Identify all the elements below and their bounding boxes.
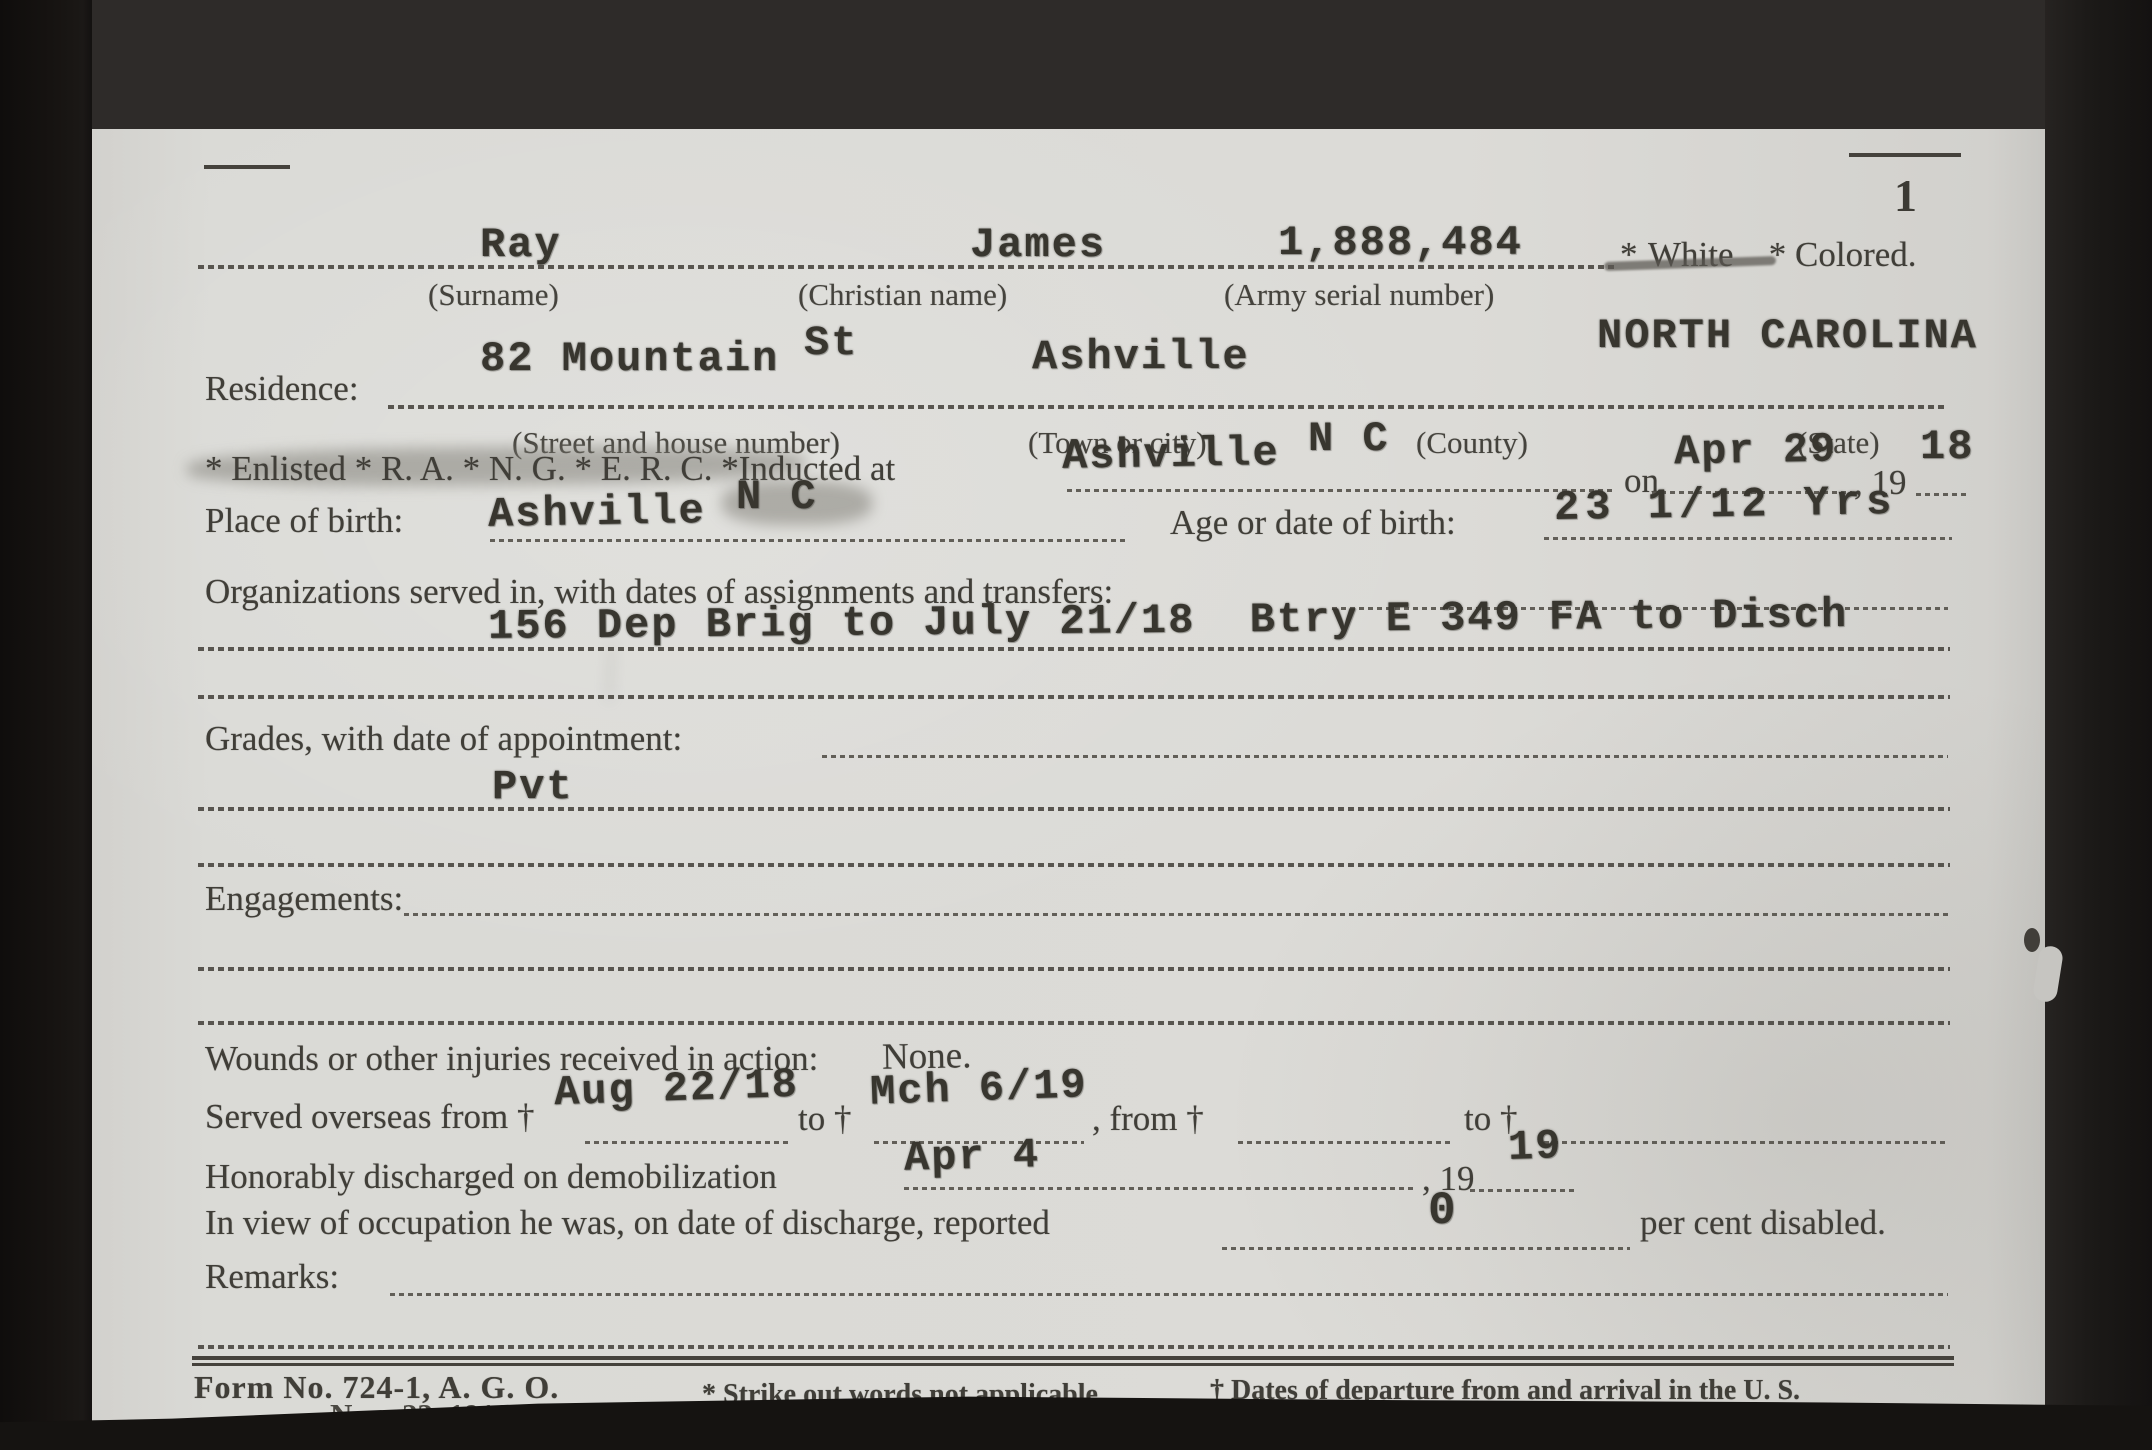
- engagements-label: Engagements:: [205, 879, 403, 919]
- overseas-label: Served overseas from †: [205, 1097, 534, 1137]
- field-birth-place-value: Ashville: [488, 487, 706, 539]
- field-discharge-year-value: 19: [1507, 1122, 1563, 1172]
- organizations-rule-3: [198, 695, 1950, 699]
- footer-double-rule-top: [192, 1356, 1954, 1360]
- disability-rule: [1222, 1247, 1630, 1250]
- remarks-rule-1: [390, 1293, 1948, 1296]
- overseas-to1-label: to †: [798, 1099, 851, 1139]
- remarks-rule-2: [198, 1345, 1950, 1349]
- engagements-rule-2: [198, 967, 1950, 971]
- overseas-rule-4: [1544, 1141, 1948, 1144]
- top-left-tick: [204, 165, 290, 169]
- engagements-rule-1: [404, 913, 1948, 916]
- field-state-value: NORTH CAROLINA: [1597, 312, 1978, 360]
- film-right-border: [2045, 0, 2152, 1450]
- field-birth-place2-value: N C: [736, 473, 818, 521]
- field-town-value: Ashville: [1032, 333, 1250, 381]
- field-street-suffix-value: St: [804, 319, 858, 367]
- serial-number-label: (Army serial number): [1224, 277, 1494, 313]
- field-overseas-from1-value: Aug 22/18: [553, 1061, 799, 1118]
- name-row-rule: [198, 265, 1618, 269]
- field-discharge-date-value: Apr 4: [903, 1131, 1040, 1183]
- age-label: Age or date of birth:: [1170, 503, 1456, 543]
- field-inducted-place-value: Ashville: [1062, 429, 1280, 481]
- disability-label: In view of occupation he was, on date of…: [205, 1203, 1050, 1243]
- overseas-rule-1: [585, 1141, 790, 1144]
- grades-rule-2: [198, 807, 1950, 811]
- county-label: (County): [1416, 425, 1528, 461]
- field-grade-value: Pvt: [492, 763, 574, 811]
- paper-edge-dark-speck: [2024, 928, 2040, 952]
- field-christian-name-value: James: [970, 221, 1106, 269]
- overseas-rule-3: [1238, 1141, 1453, 1144]
- overseas-from2-label: , from †: [1092, 1099, 1204, 1139]
- field-overseas-to1-value: Mch 6/19: [869, 1061, 1088, 1117]
- grades-label: Grades, with date of appointment:: [205, 719, 682, 759]
- service-record-card: 1 Ray James 1,888,484 * White * Colored.…: [92, 129, 2045, 1450]
- footer-double-rule-bottom: [192, 1363, 1954, 1366]
- field-surname-value: Ray: [480, 221, 562, 269]
- field-street-value: 82 Mountain: [480, 335, 779, 383]
- field-age-value: 23 1/12 Yrs: [1554, 478, 1898, 532]
- field-serial-number-value: 1,888,484: [1278, 219, 1523, 267]
- remarks-label: Remarks:: [205, 1257, 339, 1297]
- field-induction-date-value: Apr 29: [1674, 426, 1838, 477]
- field-disability-percent-value: 0: [1428, 1185, 1458, 1237]
- field-inducted-place2-value: N C: [1308, 415, 1390, 463]
- page-number-rule: [1849, 153, 1961, 157]
- birth-place-label: Place of birth:: [205, 501, 403, 541]
- engagements-rule-3: [198, 1021, 1950, 1025]
- discharge-rule-2: [1470, 1189, 1574, 1192]
- induction-year-rule: [1916, 493, 1970, 496]
- age-rule: [1544, 537, 1952, 540]
- page-number: 1: [1894, 169, 1917, 222]
- film-left-border: [0, 0, 92, 1450]
- discharge-label: Honorably discharged on demobilization: [205, 1157, 777, 1197]
- film-top-border: [92, 0, 2045, 129]
- organizations-rule-2: [198, 647, 1950, 651]
- residence-rule: [388, 405, 1948, 409]
- disability-suffix-label: per cent disabled.: [1640, 1203, 1886, 1243]
- surname-label: (Surname): [428, 277, 559, 313]
- residence-label: Residence:: [205, 369, 359, 409]
- race-colored-option: * Colored.: [1760, 235, 1917, 275]
- inducted-place-rule: [1067, 489, 1612, 492]
- grades-rule-3: [198, 863, 1950, 867]
- microfilm-scan: 1 Ray James 1,888,484 * White * Colored.…: [0, 0, 2152, 1450]
- christian-name-label: (Christian name): [798, 277, 1007, 313]
- discharge-rule-1: [904, 1187, 1416, 1190]
- field-induction-year-value: 18: [1920, 423, 1974, 471]
- birth-place-rule: [490, 539, 1125, 542]
- grades-rule-1: [822, 755, 1948, 758]
